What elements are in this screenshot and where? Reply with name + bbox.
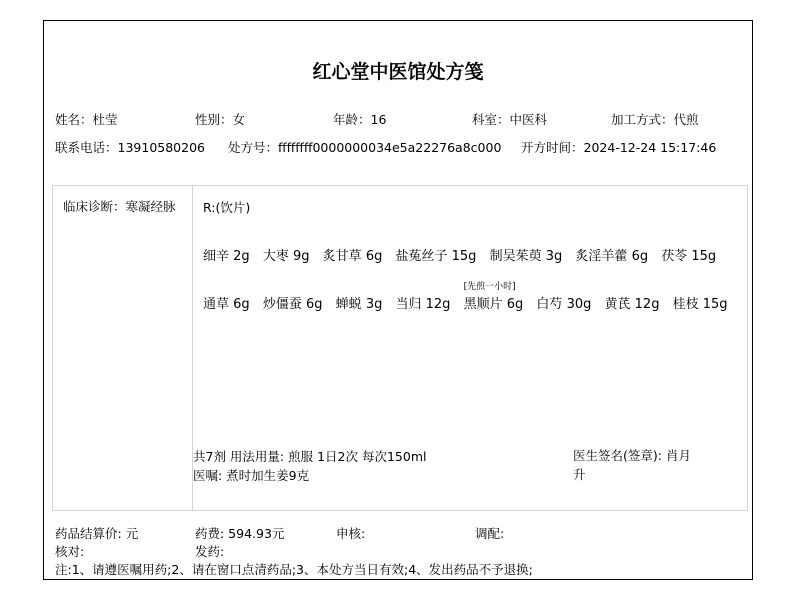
patient-age: 年龄：16 [333,110,386,128]
check-field: 核对: [55,542,84,560]
issue-field: 发药: [195,542,224,560]
notice-text: 注:1、请遵医嘱用药;2、请在窗口点清药品;3、本处方当日有效;4、发出药品不予… [55,560,533,578]
rx-number-value: ffffffff0000000034e5a22276a8c000 [278,140,501,155]
review-field: 申核: [336,524,365,542]
usage-dosage: 共7剂 用法用量: 煎服 1日2次 每次150ml [193,447,426,465]
rx-number: 处方号：ffffffff0000000034e5a22276a8c000 [228,138,501,156]
rx-time: 开方时间：2024-12-24 15:17:46 [521,138,716,156]
patient-gender: 性别：女 [195,110,245,128]
herb-item: 茯苓 15g [661,245,716,264]
diagnosis-value: 寒凝经脉 [126,199,176,214]
rx-header: R:(饮片) [203,198,250,216]
phone: 联系电话：13910580206 [55,138,205,156]
doctor-advice: 医嘱: 煮时加生姜9克 [193,466,309,484]
herb-item: 炒僵蚕 6g [263,293,323,312]
age-label: 年龄： [333,112,371,127]
phone-label: 联系电话： [55,140,118,155]
rx-time-label: 开方时间： [521,140,584,155]
process-value: 代煎 [674,112,699,127]
prescription-sheet: 红心堂中医馆处方笺 姓名：杜莹 性别：女 年龄：16 科室：中医科 加工方式：代… [43,20,753,580]
gender-value: 女 [233,112,246,127]
patient-name: 姓名：杜莹 [55,110,118,128]
name-value: 杜莹 [93,112,118,127]
herb-item: 黄芪 12g [605,293,660,312]
diagnosis-label: 临床诊断： [63,199,126,214]
process-label: 加工方式： [611,112,674,127]
herb-item: [先煎一小时]黑顺片 6g [464,293,524,312]
herb-row-2: 通草 6g 炒僵蚕 6g 蝉蜕 3g 当归 12g [先煎一小时]黑顺片 6g … [203,293,737,312]
herb-item: 大枣 9g [263,245,310,264]
herb-item: 炙甘草 6g [323,245,383,264]
herb-item: 制吴茱萸 3g [490,245,563,264]
settle-price: 药品结算价: 元 [55,524,138,542]
herb-note: [先煎一小时] [464,279,516,292]
dept-value: 中医科 [510,112,548,127]
dept-label: 科室： [472,112,510,127]
herb-item: 桂枝 15g [673,293,728,312]
herb-item: 炙淫羊藿 6g [575,245,648,264]
doctor-signature: 医生签名(签章): 肖月升 [573,446,703,484]
name-label: 姓名： [55,112,93,127]
herb-item: 蝉蜕 3g [336,293,383,312]
gender-label: 性别： [195,112,233,127]
phone-value: 13910580206 [118,140,205,155]
herb-item: 通草 6g [203,293,250,312]
department: 科室：中医科 [472,110,547,128]
herb-row-1: 细辛 2g 大枣 9g 炙甘草 6g 盐菟丝子 15g 制吴茱萸 3g 炙淫羊藿… [203,245,725,264]
rx-number-label: 处方号： [228,140,278,155]
prescription-body: 临床诊断：寒凝经脉 R:(饮片) 细辛 2g 大枣 9g 炙甘草 6g 盐菟丝子… [52,185,748,511]
dispense-field: 调配: [475,524,504,542]
rx-time-value: 2024-12-24 15:17:46 [584,140,717,155]
herb-item: 盐菟丝子 15g [395,245,476,264]
age-value: 16 [371,112,387,127]
clinical-diagnosis: 临床诊断：寒凝经脉 [63,197,176,215]
drug-fee: 药费: 594.93元 [195,524,284,542]
herb-item: 细辛 2g [203,245,250,264]
process-method: 加工方式：代煎 [611,110,699,128]
herb-item: 当归 12g [395,293,450,312]
herb-item: 白芍 30g [536,293,591,312]
page-title: 红心堂中医馆处方笺 [44,57,752,84]
